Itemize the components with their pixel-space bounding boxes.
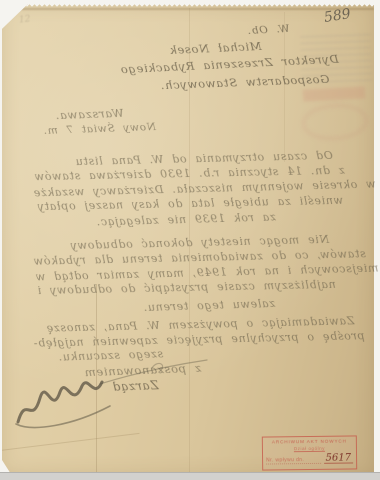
torn-top-edge	[2, 4, 374, 9]
stamp-entry-number: 5617	[324, 453, 354, 463]
scanned-letter-page: 589 12 W. Ob. Michał Nosek Dyrektor Zrze…	[0, 0, 380, 480]
scanner-background-strip	[0, 472, 380, 480]
stamp-institution-line: ARCHIWUM AKT NOWYCH	[266, 438, 353, 444]
corner-pencil-note: 12	[19, 14, 31, 25]
archive-registry-stamp: ARCHIWUM AKT NOWYCH Dział ogólny Nr. wpł…	[262, 435, 357, 470]
signature-strokes	[2, 366, 237, 438]
stamp-entry-label: Nr. wpływu dn.	[266, 456, 321, 464]
mirrored-handwriting-line: Warszawa.	[55, 106, 124, 122]
stamp-department-line: Dział ogólny	[266, 445, 353, 451]
mirrored-handwriting-line: W. Ob.	[247, 23, 290, 37]
bleedthrough-oval-stamp	[301, 102, 369, 143]
bleedthrough-date-stamp	[303, 86, 366, 101]
